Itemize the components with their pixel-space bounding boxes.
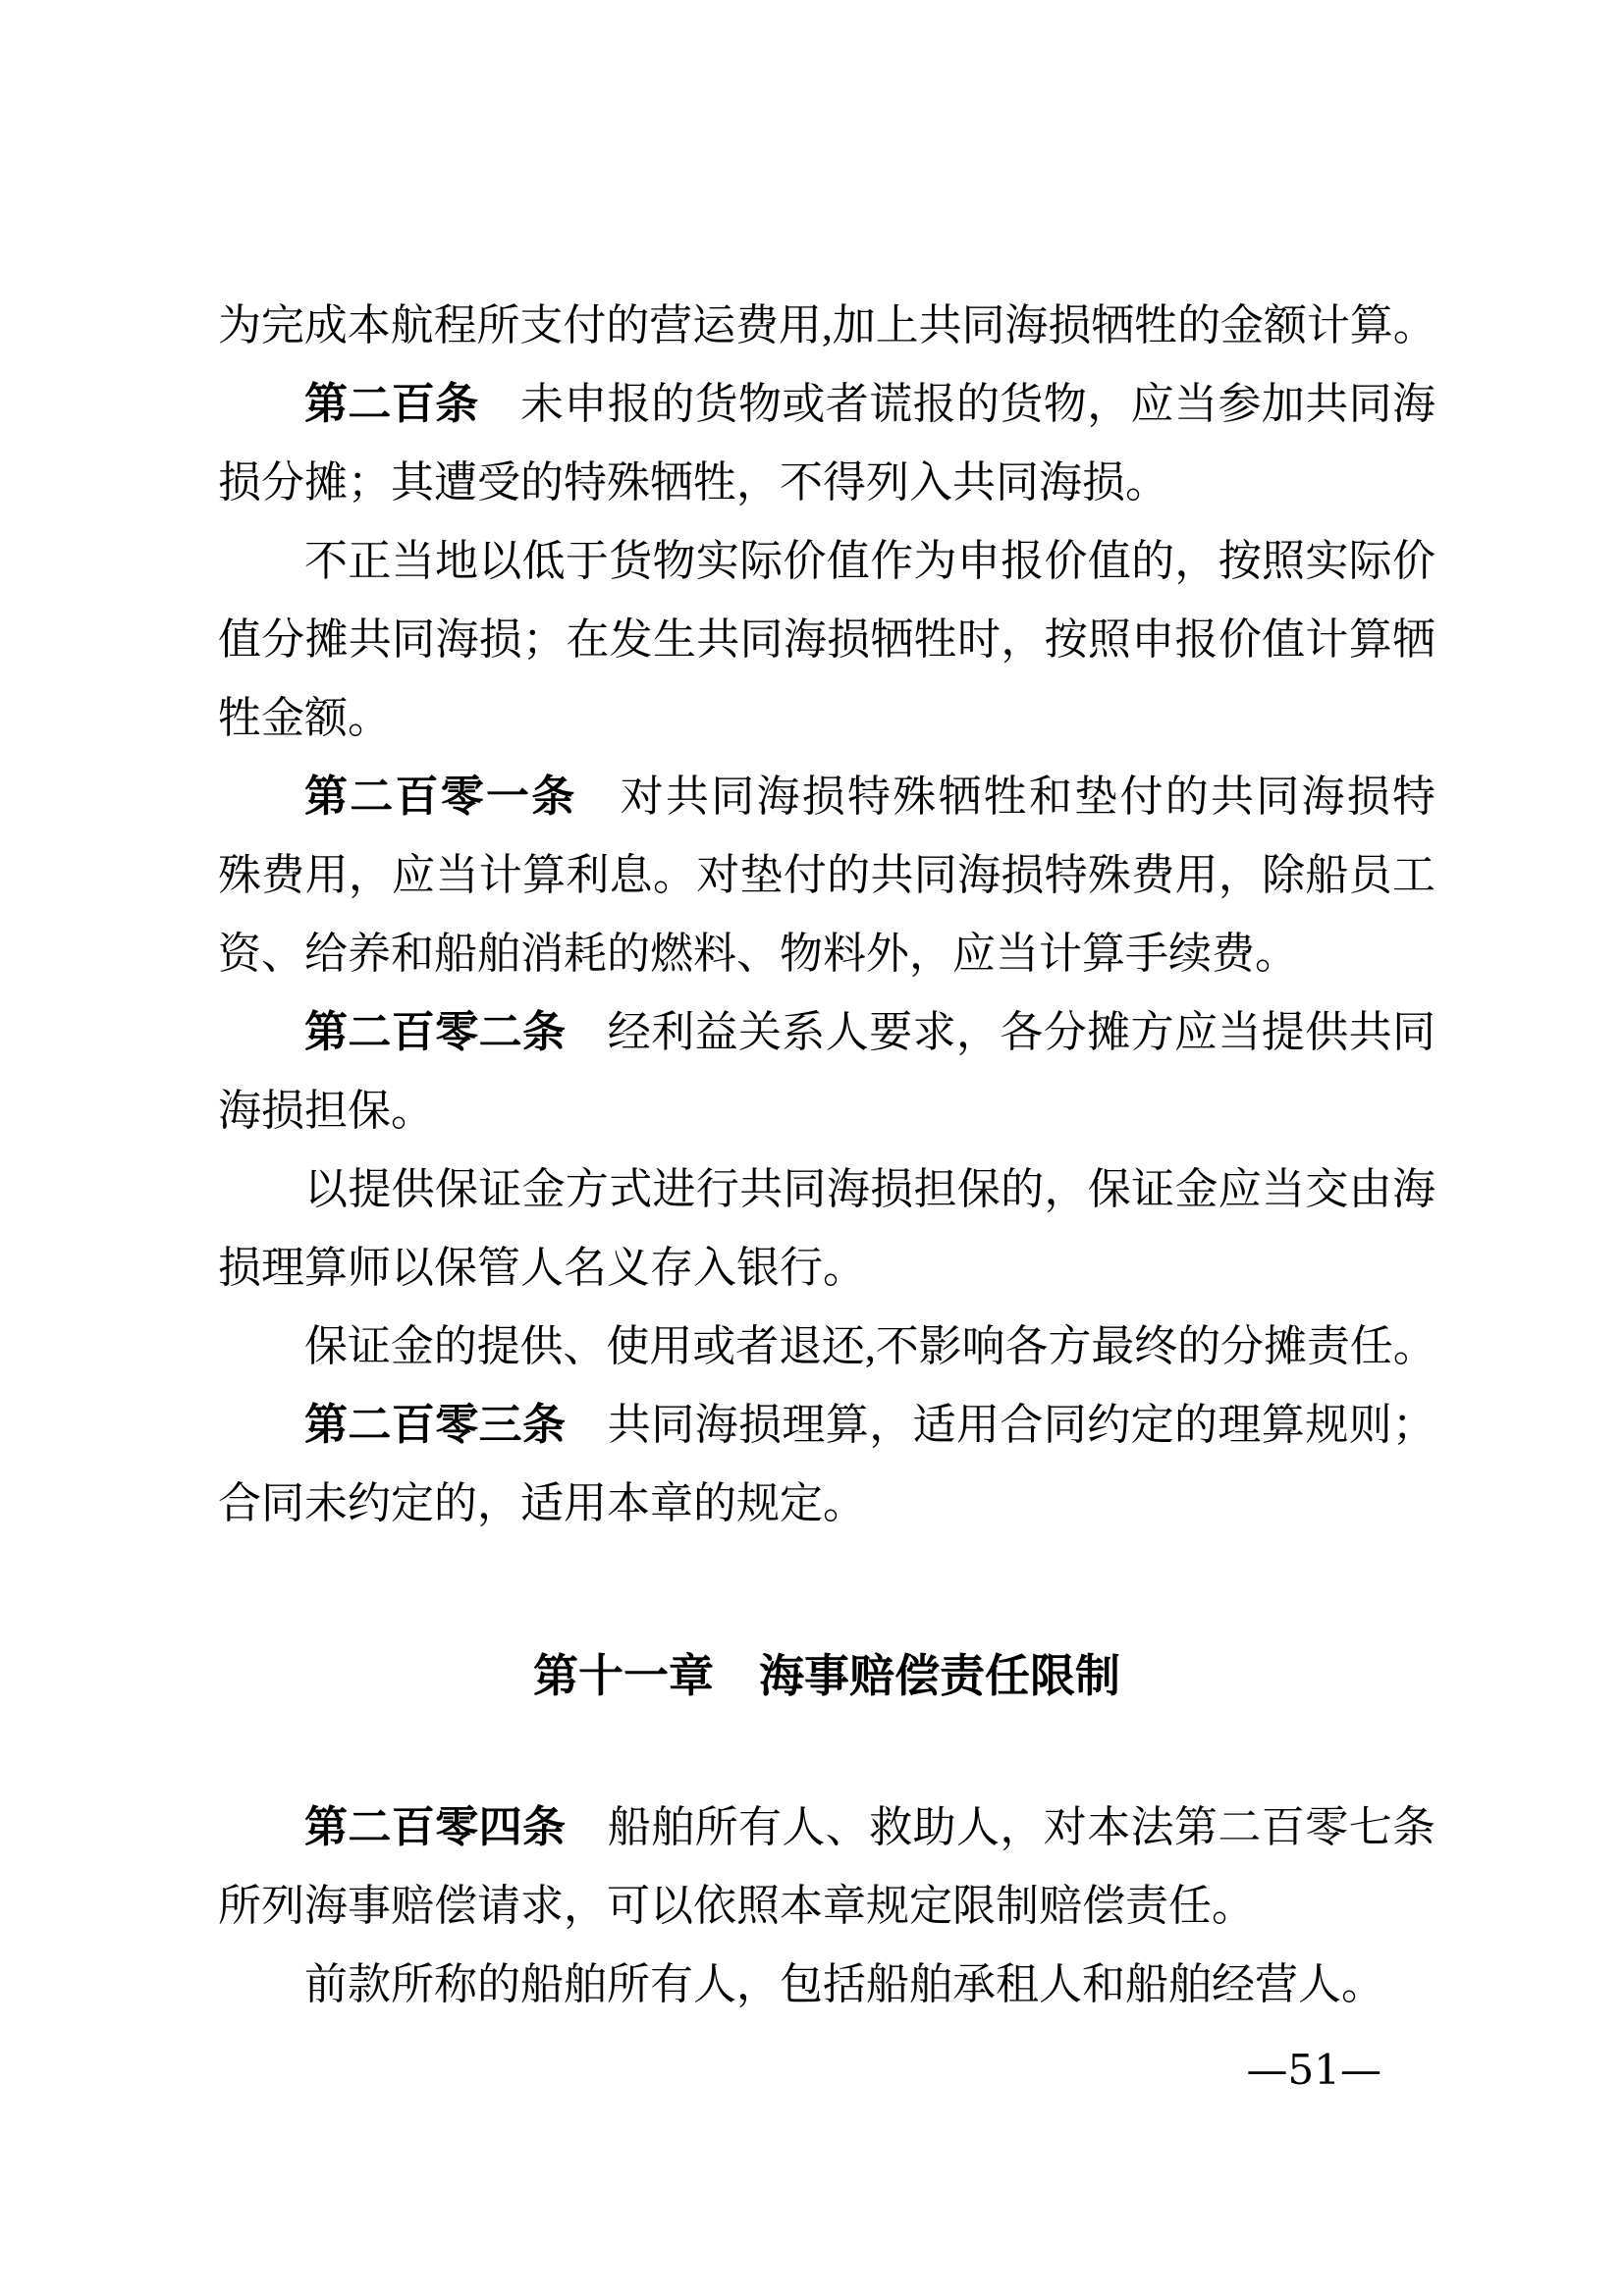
label-gap — [566, 1438, 607, 1439]
text-line: 为完成本航程所支付的营运费用,加上共同海损牺牲的金额计算。 — [218, 287, 1435, 365]
chapter-gap — [714, 1690, 759, 1691]
article-line: 第二百零一条对共同海损特殊牺牲和垫付的共同海损特 — [218, 758, 1435, 836]
text-line: 所列海事赔偿请求，可以依照本章规定限制赔偿责任。 — [218, 1867, 1435, 1946]
label-gap — [577, 810, 619, 811]
text-line: 保证金的提供、使用或者退还,不影响各方最终的分摊责任。 — [218, 1308, 1435, 1386]
chapter-heading: 第十一章海事赔偿责任限制 — [218, 1636, 1435, 1715]
article-number: 第二百零四条 — [304, 1803, 566, 1851]
article-line: 第二百零二条经利益关系人要求，各分摊方应当提供共同 — [218, 993, 1435, 1072]
label-gap — [479, 417, 520, 418]
article-text: 共同海损理算，适用合同约定的理算规则； — [607, 1401, 1435, 1449]
article-number: 第二百零二条 — [304, 1008, 566, 1056]
text-line: 资、给养和船舶消耗的燃料、物料外，应当计算手续费。 — [218, 915, 1435, 993]
article-text: 经利益关系人要求，各分摊方应当提供共同 — [607, 1008, 1435, 1056]
text-line: 以提供保证金方式进行共同海损担保的，保证金应当交由海 — [218, 1150, 1435, 1229]
label-gap — [566, 1841, 607, 1842]
text-line: 值分摊共同海损；在发生共同海损牺牲时，按照申报价值计算牺 — [218, 601, 1435, 679]
document-page: 为完成本航程所支付的营运费用,加上共同海损牺牲的金额计算。 第二百条未申报的货物… — [0, 0, 1624, 2296]
text-line: 合同未约定的，适用本章的规定。 — [218, 1465, 1435, 1543]
article-number: 第二百零一条 — [304, 773, 577, 821]
article-text: 未申报的货物或者谎报的货物，应当参加共同海 — [520, 380, 1435, 428]
text-line: 损分摊；其遭受的特殊牺牲，不得列入共同海损。 — [218, 444, 1435, 522]
text-line: 前款所称的船舶所有人，包括船舶承租人和船舶经营人。 — [218, 1946, 1435, 2024]
chapter-title: 海事赔偿责任限制 — [759, 1650, 1120, 1701]
article-line: 第二百零四条船舶所有人、救助人，对本法第二百零七条 — [218, 1789, 1435, 1867]
page-number: —51— — [1247, 2048, 1381, 2093]
text-line: 损理算师以保管人名义存入银行。 — [218, 1229, 1435, 1308]
article-number: 第二百零三条 — [304, 1401, 566, 1449]
article-text: 船舶所有人、救助人，对本法第二百零七条 — [607, 1803, 1435, 1851]
page-content: 为完成本航程所支付的营运费用,加上共同海损牺牲的金额计算。 第二百条未申报的货物… — [218, 287, 1435, 2024]
chapter-number: 第十一章 — [533, 1650, 714, 1701]
text-line: 殊费用，应当计算利息。对垫付的共同海损特殊费用，除船员工 — [218, 836, 1435, 915]
article-line: 第二百零三条共同海损理算，适用合同约定的理算规则； — [218, 1386, 1435, 1465]
text-line: 海损担保。 — [218, 1072, 1435, 1150]
label-gap — [566, 1045, 607, 1046]
text-line: 牲金额。 — [218, 679, 1435, 758]
article-text: 对共同海损特殊牺牲和垫付的共同海损特 — [619, 773, 1436, 821]
text-line: 不正当地以低于货物实际价值作为申报价值的，按照实际价 — [218, 522, 1435, 601]
article-number: 第二百条 — [304, 380, 479, 428]
article-line: 第二百条未申报的货物或者谎报的货物，应当参加共同海 — [218, 365, 1435, 444]
